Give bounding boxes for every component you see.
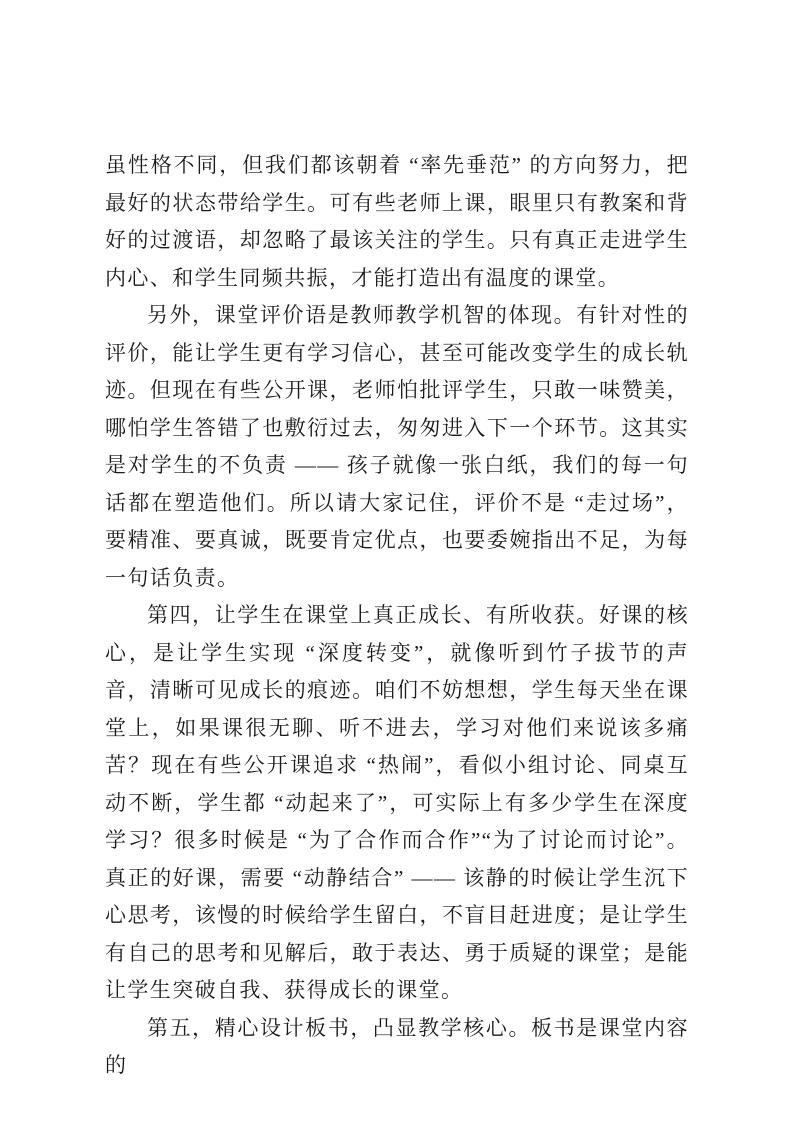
paragraph-point-four-student-growth: 第四，让学生在课堂上真正成长、有所收获。好课的核心，是让学生实现 “深度转变”，… bbox=[105, 597, 689, 1010]
paragraph-continuation-lead-by-example: 虽性格不同，但我们都该朝着 “率先垂范” 的方向努力，把最好的状态带给学生。可有… bbox=[105, 147, 689, 297]
paragraph-point-five-board-design: 第五，精心设计板书，凸显教学核心。板书是课堂内容的 bbox=[105, 1010, 689, 1085]
paragraph-classroom-evaluation-language: 另外，课堂评价语是教师教学机智的体现。有针对性的评价，能让学生更有学习信心，甚至… bbox=[105, 297, 689, 597]
document-page: 虽性格不同，但我们都该朝着 “率先垂范” 的方向努力，把最好的状态带给学生。可有… bbox=[0, 0, 793, 1122]
document-body: 虽性格不同，但我们都该朝着 “率先垂范” 的方向努力，把最好的状态带给学生。可有… bbox=[105, 147, 689, 1085]
